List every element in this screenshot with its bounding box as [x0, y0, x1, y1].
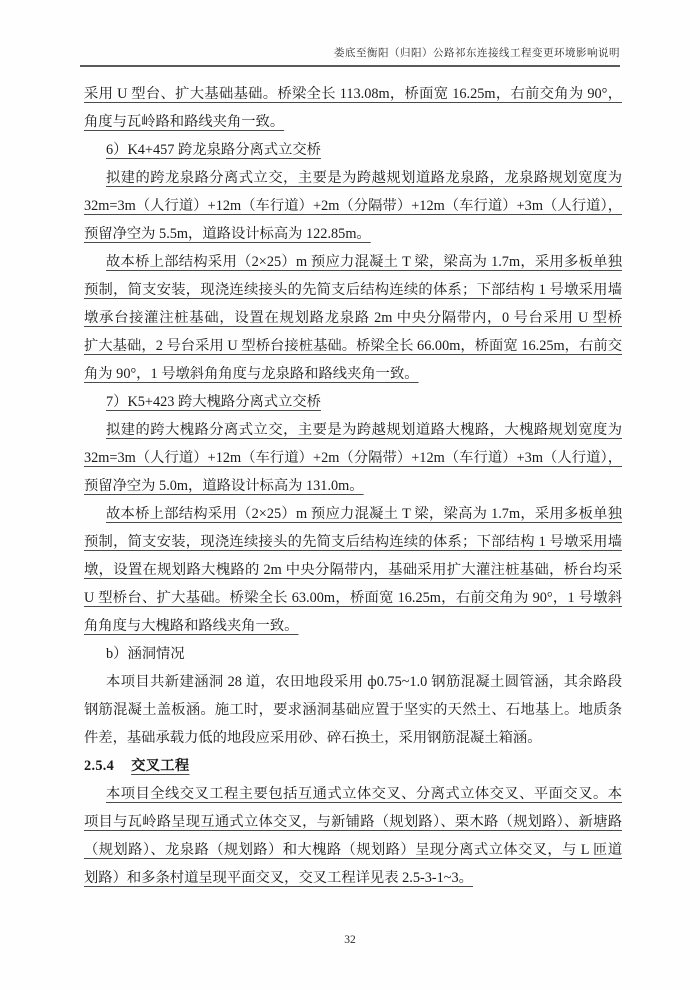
- text-line: 拟建的跨大槐路分离式立交，主要是为跨越规划道路大槐路，大槐路规划宽度为: [84, 416, 622, 444]
- page-header: 娄底至衡阳（归阳）公路祁东连接线工程变更环境影响说明: [80, 0, 620, 67]
- text-line: 件差，基础承载力低的地段应采用砂、碎石换土，采用钢筋混凝土箱涵。: [84, 724, 622, 752]
- section-number: 2.5.4: [84, 758, 114, 774]
- text-line: 划路）和多条村道呈现平面交叉，交叉工程详见表 2.5-3-1~3。: [84, 864, 622, 892]
- text-line: （规划路）、龙泉路（规划路）和大槐路（规划路）呈现分离式立体交叉，与 L 匝道（…: [84, 836, 622, 864]
- paragraph: 故本桥上部结构采用（2×25）m 预应力混凝土 T 梁，梁高为 1.7m，采用多…: [84, 500, 622, 640]
- text-line: 钢筋混凝土盖板涵。施工时，要求涵洞基础应置于坚实的天然土、石地基上。地质条: [84, 696, 622, 724]
- text-line: 预制，简支安装，现浇连续接头的先简支后结构连续的体系；下部结构 1 号墩采用墙式: [84, 528, 622, 556]
- paragraph: 拟建的跨龙泉路分离式立交，主要是为跨越规划道路龙泉路，龙泉路规划宽度为32m=3…: [84, 164, 622, 248]
- paragraph: 本项目全线交叉工程主要包括互通式立体交叉、分离式立体交叉、平面交叉。本项目与瓦岭…: [84, 780, 622, 892]
- text-line: 故本桥上部结构采用（2×25）m 预应力混凝土 T 梁，梁高为 1.7m，采用多…: [84, 248, 622, 276]
- document-page: 娄底至衡阳（归阳）公路祁东连接线工程变更环境影响说明 采用 U 型台、扩大基础基…: [0, 0, 700, 990]
- text-line: 角为 90°，1 号墩斜角角度与龙泉路和路线夹角一致。: [84, 360, 622, 388]
- text-line: 32m=3m（人行道）+12m（车行道）+2m（分隔带）+12m（车行道）+3m…: [84, 192, 622, 220]
- text-line: 预留净空为 5.5m，道路设计标高为 122.85m。: [84, 220, 622, 248]
- paragraph: 采用 U 型台、扩大基础基础。桥梁全长 113.08m，桥面宽 16.25m，右…: [84, 80, 622, 136]
- header-title: 娄底至衡阳（归阳）公路祁东连接线工程变更环境影响说明: [80, 47, 620, 60]
- text-line: 扩大基础，2 号台采用 U 型桥台接桩基础。桥梁全长 66.00m，桥面宽 16…: [84, 332, 622, 360]
- text-line: 本项目共新建涵洞 28 道，农田地段采用 ф0.75~1.0 钢筋混凝土圆管涵，…: [84, 668, 622, 696]
- section-heading: 2.5.4交叉工程: [84, 752, 622, 780]
- paragraph: 拟建的跨大槐路分离式立交，主要是为跨越规划道路大槐路，大槐路规划宽度为32m=3…: [84, 416, 622, 500]
- document-body: 采用 U 型台、扩大基础基础。桥梁全长 113.08m，桥面宽 16.25m，右…: [84, 80, 622, 892]
- subheading: 7）K5+423 跨大槐路分离式立交桥: [84, 388, 622, 416]
- text-line: 项目与瓦岭路呈现互通式立体交叉，与新铺路（规划路）、栗木路（规划路）、新塘路: [84, 808, 622, 836]
- text-line: 采用 U 型台、扩大基础基础。桥梁全长 113.08m，桥面宽 16.25m，右…: [84, 80, 622, 108]
- subheading: b）涵洞情况: [84, 640, 622, 668]
- text-line: 故本桥上部结构采用（2×25）m 预应力混凝土 T 梁，梁高为 1.7m，采用多…: [84, 500, 622, 528]
- paragraph: 故本桥上部结构采用（2×25）m 预应力混凝土 T 梁，梁高为 1.7m，采用多…: [84, 248, 622, 388]
- text-line: 预制，简支安装，现浇连续接头的先简支后结构连续的体系；下部结构 1 号墩采用墙式: [84, 276, 622, 304]
- section-title: 交叉工程: [131, 758, 189, 774]
- header-rule: [80, 65, 620, 67]
- page-number: 32: [344, 934, 356, 946]
- subheading: 6）K4+457 跨龙泉路分离式立交桥: [84, 136, 622, 164]
- text-line: 拟建的跨龙泉路分离式立交，主要是为跨越规划道路龙泉路，龙泉路规划宽度为: [84, 164, 622, 192]
- paragraph: 本项目共新建涵洞 28 道，农田地段采用 ф0.75~1.0 钢筋混凝土圆管涵，…: [84, 668, 622, 752]
- page-footer: 32: [0, 934, 700, 946]
- text-line: 32m=3m（人行道）+12m（车行道）+2m（分隔带）+12m（车行道）+3m…: [84, 444, 622, 472]
- text-line: 墩承台接灌注桩基础，设置在规划路龙泉路 2m 中央分隔带内，0 号台采用 U 型…: [84, 304, 622, 332]
- text-line: 墩，设置在规划路大槐路的 2m 中央分隔带内，基础采用扩大灌注桩基础，桥台均采用: [84, 556, 622, 584]
- text-line: 预留净空为 5.0m，道路设计标高为 131.0m。: [84, 472, 622, 500]
- text-line: 角度与瓦岭路和路线夹角一致。: [84, 108, 622, 136]
- text-line: 本项目全线交叉工程主要包括互通式立体交叉、分离式立体交叉、平面交叉。本: [84, 780, 622, 808]
- text-line: 角角度与大槐路和路线夹角一致。: [84, 612, 622, 640]
- text-line: U 型桥台、扩大基础。桥梁全长 63.00m，桥面宽 16.25m，右前交角为 …: [84, 584, 622, 612]
